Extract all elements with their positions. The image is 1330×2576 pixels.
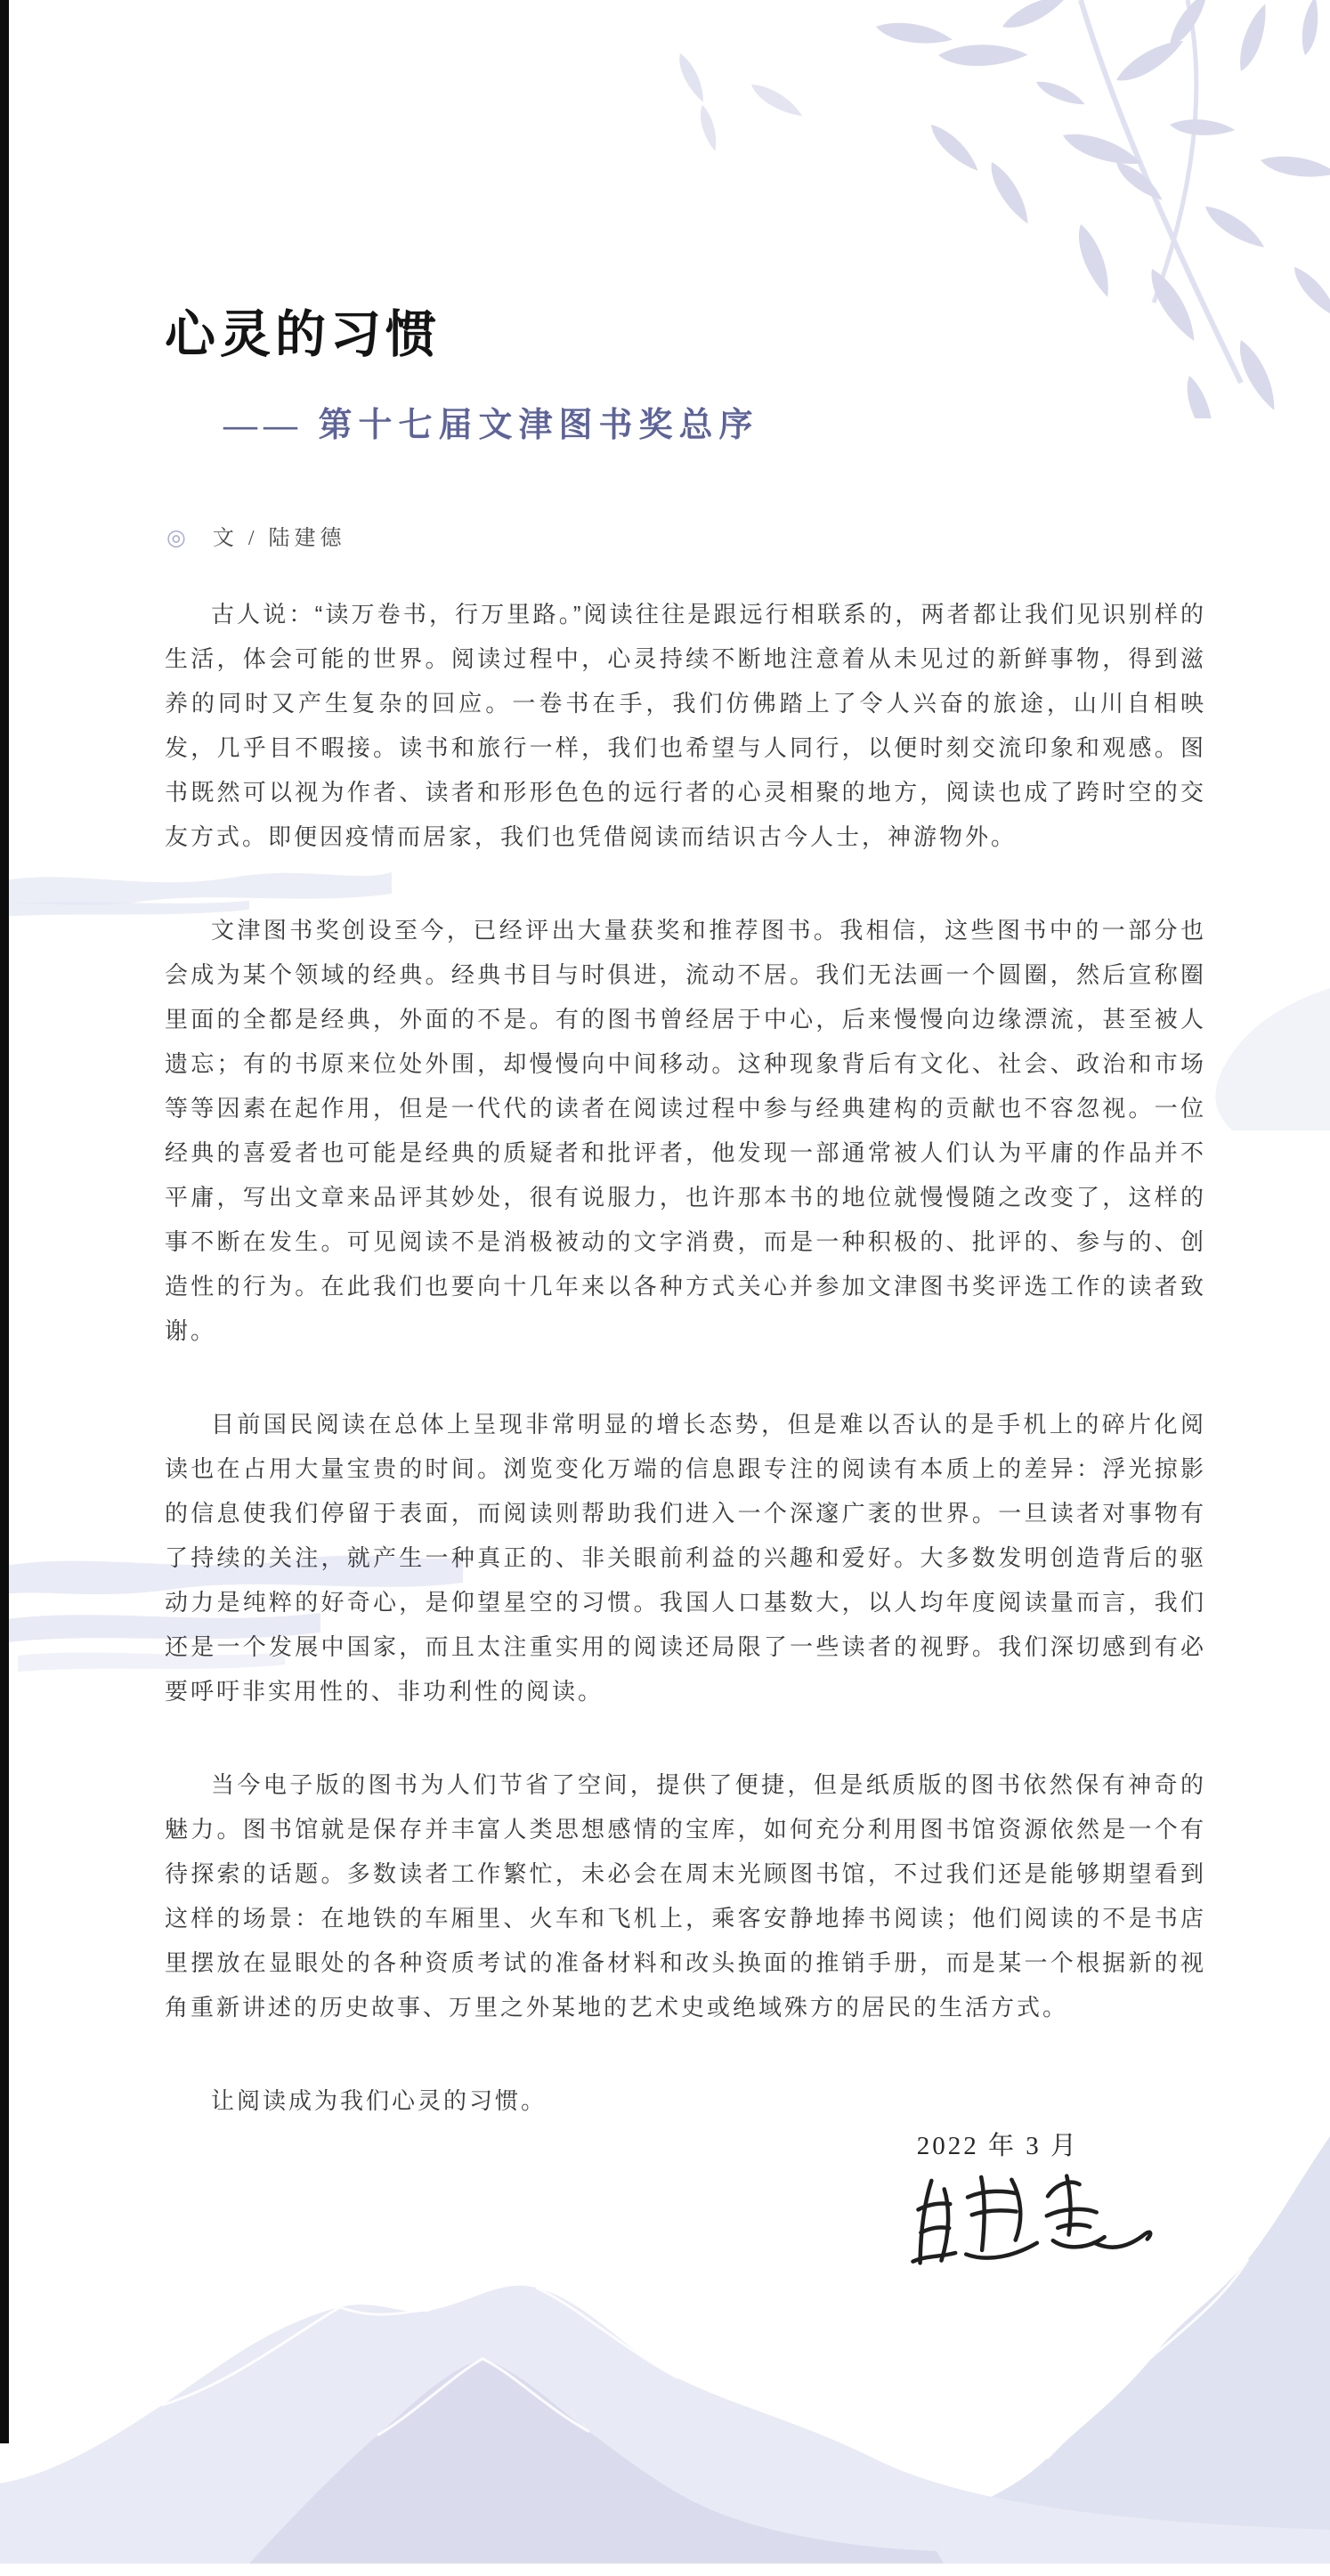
paragraph-5: 让阅读成为我们心灵的习惯。 bbox=[165, 2078, 1206, 2123]
paragraph-2: 文津图书奖创设至今，已经评出大量获奖和推荐图书。我相信，这些图书中的一部分也会成… bbox=[165, 908, 1206, 1353]
bamboo-watermark-icon bbox=[618, 0, 1330, 418]
byline: ◎ 文 / 陆建德 bbox=[166, 520, 346, 551]
scan-edge-artifact bbox=[0, 0, 9, 2443]
paragraph-4: 当今电子版的图书为人们节省了空间，提供了便捷，但是纸质版的图书依然保有神奇的魅力… bbox=[165, 1762, 1206, 2029]
paragraph-1: 古人说：“读万卷书，行万里路。”阅读往往是跟远行相联系的，两者都让我们见识别样的… bbox=[165, 592, 1206, 859]
page-subtitle: —— 第十七届文津图书奖总序 bbox=[223, 397, 759, 446]
byline-text: 文 / 陆建德 bbox=[213, 527, 346, 550]
circle-bullet-icon: ◎ bbox=[166, 526, 191, 550]
article-page: 心灵的习惯 —— 第十七届文津图书奖总序 ◎ 文 / 陆建德 古人说：“读万卷书… bbox=[0, 0, 1330, 2576]
paragraph-3: 目前国民阅读在总体上呈现非常明显的增长态势，但是难以否认的是手机上的碎片化阅读也… bbox=[165, 1402, 1206, 1713]
article-body: 古人说：“读万卷书，行万里路。”阅读往往是跟远行相联系的，两者都让我们见识别样的… bbox=[165, 592, 1206, 2123]
page-title: 心灵的习惯 bbox=[165, 294, 441, 367]
date: 2022 年 3 月 bbox=[917, 2126, 1079, 2162]
signature-icon bbox=[904, 2166, 1157, 2277]
